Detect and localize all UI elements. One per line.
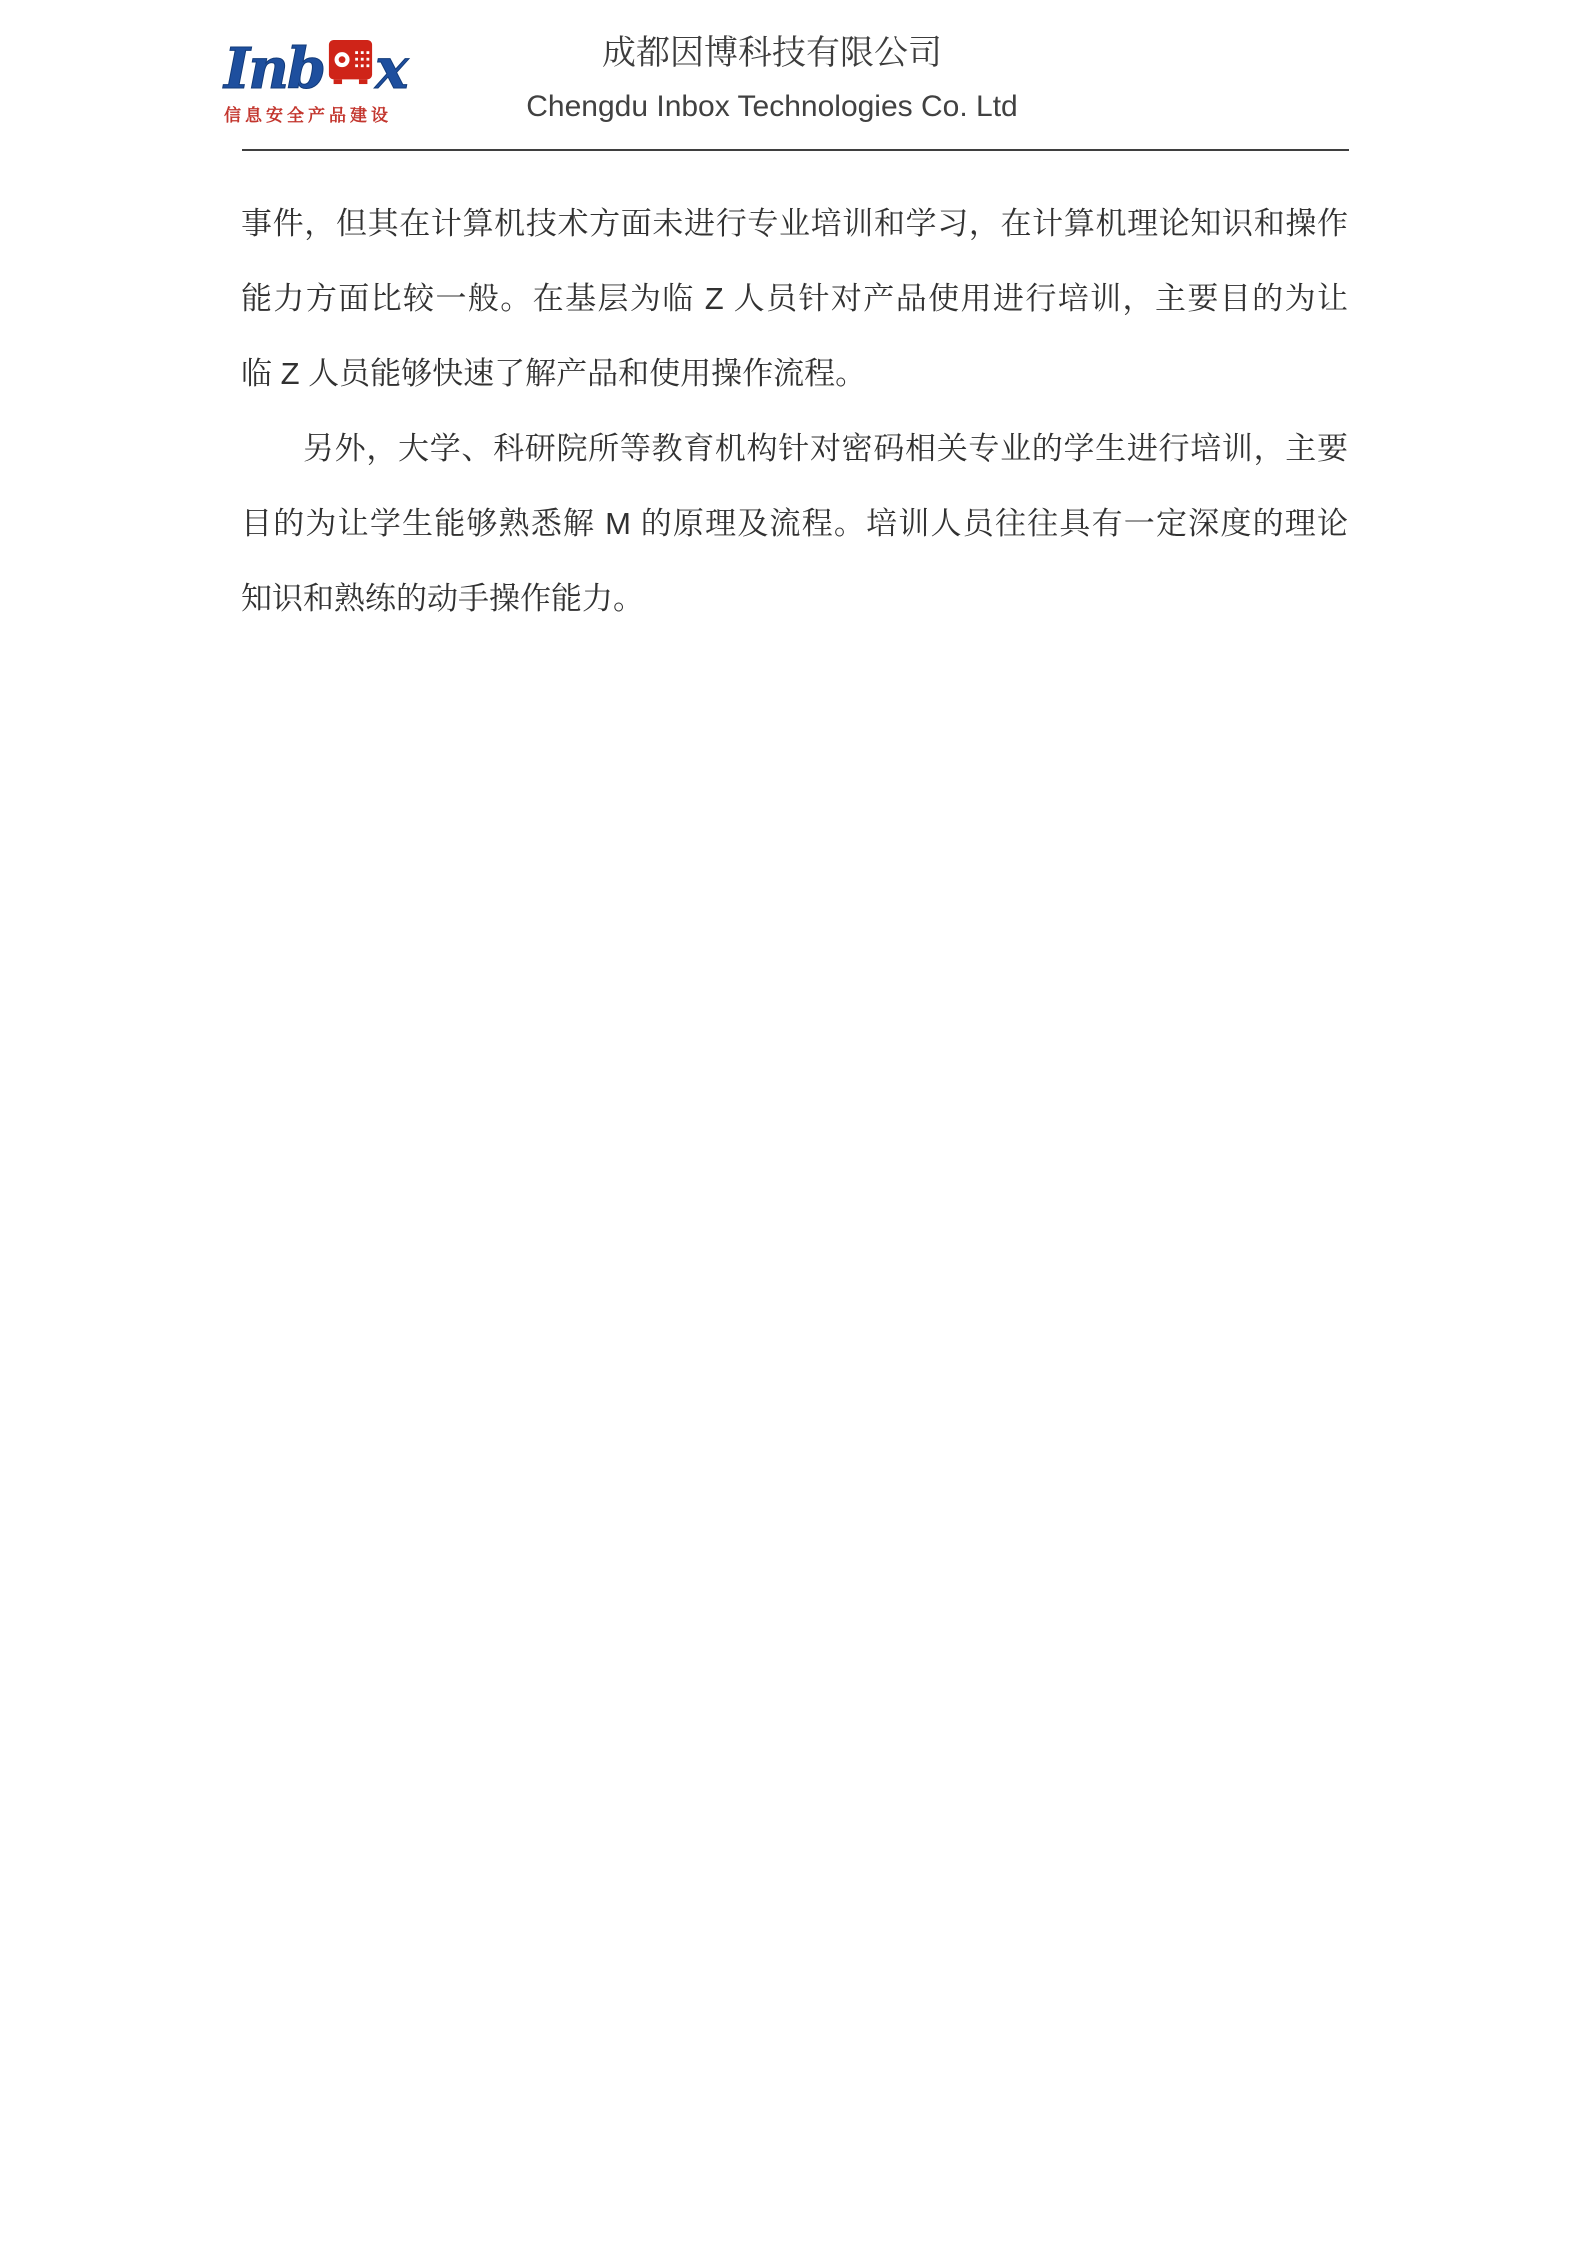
document-page: Inb x <box>0 0 1588 2256</box>
body-line: 另外，大学、科研院所等教育机构针对密码相关专业的学生进行培训，主要 <box>241 411 1348 486</box>
body-line: 临 Z 人员能够快速了解产品和使用操作流程。 <box>241 336 1348 411</box>
header-divider <box>242 149 1349 151</box>
body-line: 目的为让学生能够熟悉解 M 的原理及流程。培训人员往往具有一定深度的理论 <box>241 486 1348 561</box>
body-line: 知识和熟练的动手操作能力。 <box>241 561 1348 636</box>
company-name-block: 成都因博科技有限公司 Chengdu Inbox Technologies Co… <box>0 30 1544 126</box>
document-body: 事件，但其在计算机技术方面未进行专业培训和学习，在计算机理论知识和操作 能力方面… <box>241 186 1348 636</box>
body-line: 事件，但其在计算机技术方面未进行专业培训和学习，在计算机理论知识和操作 <box>241 186 1348 261</box>
company-name-zh: 成都因博科技有限公司 <box>0 30 1544 76</box>
company-name-en: Chengdu Inbox Technologies Co. Ltd <box>0 88 1544 126</box>
body-line: 能力方面比较一般。在基层为临 Z 人员针对产品使用进行培训，主要目的为让 <box>241 261 1348 336</box>
